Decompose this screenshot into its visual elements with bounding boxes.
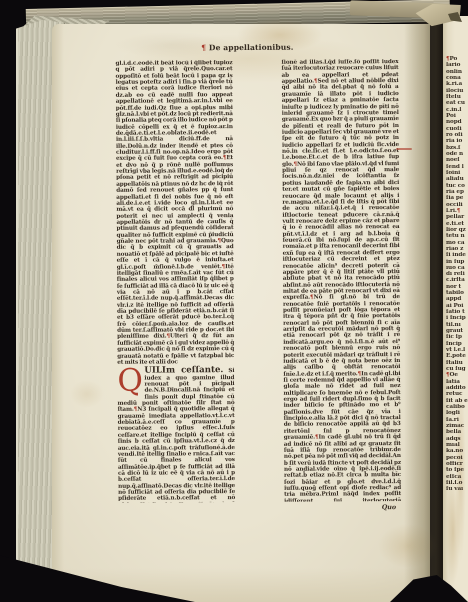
sliver-text-line: eat cū	[446, 100, 468, 106]
text-column-right: ſionē ad illas.Lq̄d iuſſe.ſō poſſit iude…	[281, 59, 401, 502]
sliver-text-line: tūc cō	[446, 183, 468, 189]
sliver-text-line: i ſncip	[446, 315, 468, 321]
sliver-text-line: E.pote	[446, 353, 468, 359]
incunabulum-photo: ¶ De appellationibus. gl.i.d.c.eodē.it b…	[0, 0, 468, 602]
running-title: ¶ De appellationibus.	[162, 42, 332, 52]
paragraph: ſionē ad illas.Lq̄d iuſſe.ſō poſſit iude…	[281, 59, 401, 502]
rubricated-initial-q: Q	[117, 369, 142, 395]
facing-page-text-column: ¶Polariōonlincōnak.ri.ailociūſteſueat cū…	[446, 56, 468, 493]
catchword: Quo	[284, 503, 396, 512]
rubric-mark: ¶	[201, 43, 206, 52]
printed-area: ¶ De appellationibus. gl.i.d.c.eodē.it b…	[50, 23, 432, 602]
open-page-verso: ¶ De appellationibus. gl.i.d.c.eodē.it b…	[52, 24, 430, 602]
chapter-start: QUILIm ceſſante. Si iudex a quo gamine i…	[117, 367, 235, 502]
running-title-text: De appellationibus.	[209, 43, 294, 53]
gutter-shadow	[404, 20, 444, 602]
paragraph: gl.i.d.c.eodē.it beāt locū i q̄libet ſup…	[115, 60, 234, 366]
sliver-text-line: ſi inde	[446, 252, 468, 258]
sliver-text-line: c.irſta	[446, 277, 468, 283]
text-column-left: gl.i.d.c.eodē.it beāt locū i q̄libet ſup…	[115, 60, 235, 503]
facing-page-edge: ¶Polariōonlincōnak.ri.ailociūſteſueat cū…	[443, 16, 468, 602]
sliver-text-line: ſū vaī	[446, 486, 468, 492]
